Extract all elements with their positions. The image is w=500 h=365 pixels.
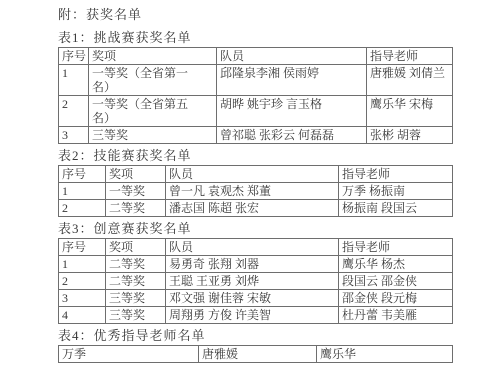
header-index: 序号: [59, 166, 106, 183]
cell-index: 1: [59, 256, 106, 273]
table-row: 2 二等奖 潘志国 陈超 张宏 杨振南 段国云: [59, 200, 453, 217]
cell-members: 周翔勇 方俊 许美智: [166, 307, 339, 324]
header-index: 序号: [59, 239, 106, 256]
table-row: 4 三等奖 周翔勇 方俊 许美智 杜丹蕾 韦美雁: [59, 307, 453, 324]
header-advisors: 指导老师: [367, 48, 453, 65]
header-award: 奖项: [106, 239, 166, 256]
cell-index: 3: [59, 127, 89, 144]
cell-award: 一等奖: [106, 183, 166, 200]
table-row: 1 一等奖 曾一凡 袁观杰 郑董 万季 杨振南: [59, 183, 453, 200]
cell-index: 2: [59, 273, 106, 290]
table-row: 3 三等奖 邓文强 谢佳蓉 宋敏 邵金侠 段元梅: [59, 290, 453, 307]
cell-members: 邱隆泉李湘 侯雨婷: [217, 65, 367, 96]
cell-award: 一等奖（全省第一 名）: [89, 65, 217, 96]
cell-members: 曾祁聪 张彩云 何磊磊: [217, 127, 367, 144]
cell-advisors: 邵金侠 段元梅: [339, 290, 453, 307]
table2-caption: 表2：技能赛获奖名单: [58, 148, 454, 164]
cell-advisors: 杨振南 段国云: [339, 200, 453, 217]
skills-award-table: 序号 奖项 队员 指导老师 1 一等奖 曾一凡 袁观杰 郑董 万季 杨振南 2 …: [58, 165, 453, 217]
cell-award: 二等奖: [106, 200, 166, 217]
excellent-advisors-table: 万季 唐雅媛 鹰乐华: [58, 345, 453, 363]
cell-advisors: 万季 杨振南: [339, 183, 453, 200]
challenge-award-table: 序号 奖项 队员 指导老师 1 一等奖（全省第一 名） 邱隆泉李湘 侯雨婷 唐雅…: [58, 47, 453, 144]
table-row: 1 二等奖 易勇奇 张翔 刘器 鹰乐华 杨杰: [59, 256, 453, 273]
cell-members: 王聪 王亚勇 刘烨: [166, 273, 339, 290]
table-row: 2 一等奖（全省第五 名） 胡晔 姚宇珍 言玉格 鹰乐华 宋梅: [59, 96, 453, 127]
table-row: 3 三等奖 曾祁聪 张彩云 何磊磊 张彬 胡蓉: [59, 127, 453, 144]
cell-advisors: 张彬 胡蓉: [367, 127, 453, 144]
cell-advisors: 鹰乐华 宋梅: [367, 96, 453, 127]
table-header-row: 序号 奖项 队员 指导老师: [59, 239, 453, 256]
cell-members: 胡晔 姚宇珍 言玉格: [217, 96, 367, 127]
table3-caption: 表3：创意赛获奖名单: [58, 221, 454, 237]
cell-advisor: 唐雅媛: [199, 346, 317, 363]
cell-members: 潘志国 陈超 张宏: [166, 200, 339, 217]
cell-index: 2: [59, 96, 89, 127]
header-award: 奖项: [89, 48, 217, 65]
cell-advisors: 杜丹蕾 韦美雁: [339, 307, 453, 324]
cell-members: 邓文强 谢佳蓉 宋敏: [166, 290, 339, 307]
header-advisors: 指导老师: [339, 166, 453, 183]
table1-caption: 表1：挑战赛获奖名单: [58, 30, 454, 46]
cell-index: 1: [59, 183, 106, 200]
attachment-title: 附：获奖名单: [58, 6, 454, 24]
cell-award: 三等奖: [106, 290, 166, 307]
table-header-row: 序号 奖项 队员 指导老师: [59, 48, 453, 65]
cell-award: 一等奖（全省第五 名）: [89, 96, 217, 127]
cell-advisor: 万季: [59, 346, 199, 363]
cell-index: 2: [59, 200, 106, 217]
cell-members: 曾一凡 袁观杰 郑董: [166, 183, 339, 200]
document-page: { "doc": { "attachment_title": "附：获奖名单" …: [0, 0, 500, 365]
header-advisors: 指导老师: [339, 239, 453, 256]
table-row: 1 一等奖（全省第一 名） 邱隆泉李湘 侯雨婷 唐雅媛 刘倩兰: [59, 65, 453, 96]
cell-advisors: 唐雅媛 刘倩兰: [367, 65, 453, 96]
creative-award-table: 序号 奖项 队员 指导老师 1 二等奖 易勇奇 张翔 刘器 鹰乐华 杨杰 2 二…: [58, 238, 453, 324]
table4-caption: 表4：优秀指导老师名单: [58, 328, 454, 344]
cell-award: 三等奖: [106, 307, 166, 324]
cell-advisor: 鹰乐华: [317, 346, 453, 363]
cell-advisors: 段国云 邵金侠: [339, 273, 453, 290]
table-row: 2 二等奖 王聪 王亚勇 刘烨 段国云 邵金侠: [59, 273, 453, 290]
cell-award: 三等奖: [89, 127, 217, 144]
cell-award: 二等奖: [106, 273, 166, 290]
header-members: 队员: [166, 166, 339, 183]
document-content: 附：获奖名单 表1：挑战赛获奖名单 序号 奖项 队员 指导老师 1 一等奖（全省…: [58, 6, 454, 363]
header-members: 队员: [166, 239, 339, 256]
cell-index: 1: [59, 65, 89, 96]
header-members: 队员: [217, 48, 367, 65]
cell-index: 4: [59, 307, 106, 324]
cell-advisors: 鹰乐华 杨杰: [339, 256, 453, 273]
table-row: 万季 唐雅媛 鹰乐华: [59, 346, 453, 363]
table-header-row: 序号 奖项 队员 指导老师: [59, 166, 453, 183]
header-index: 序号: [59, 48, 89, 65]
cell-members: 易勇奇 张翔 刘器: [166, 256, 339, 273]
cell-award: 二等奖: [106, 256, 166, 273]
header-award: 奖项: [106, 166, 166, 183]
cell-index: 3: [59, 290, 106, 307]
